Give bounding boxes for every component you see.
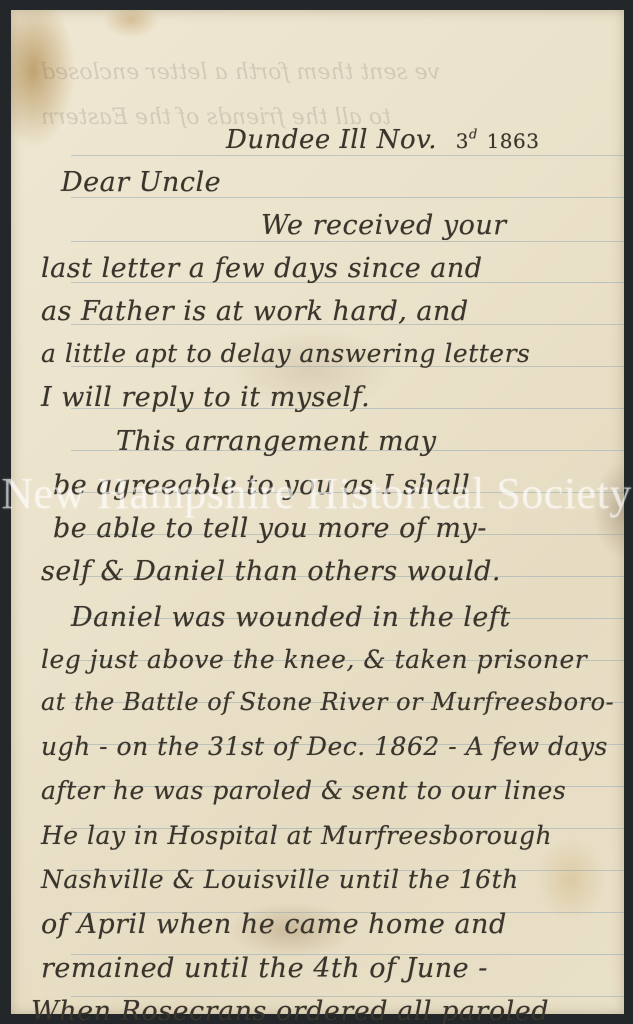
letter-line: Nashville & Louisville until the 16th	[41, 865, 519, 894]
letter-line: as Father is at work hard, and	[41, 296, 469, 327]
dateline-year: 1863	[487, 129, 540, 153]
dateline: Dundee Ill Nov. 3d 1863	[226, 125, 539, 155]
ruled-line	[71, 155, 624, 156]
dateline-month: Nov.	[377, 125, 437, 155]
letter-line: When Rosecrans ordered all paroled	[31, 996, 549, 1024]
salutation: Dear Uncle	[61, 167, 221, 198]
letter-line: He lay in Hospital at Murfreesborough	[41, 821, 552, 850]
letter-line: after he was paroled & sent to our lines	[41, 776, 566, 805]
dateline-day: 3	[456, 129, 469, 153]
letter-line: ugh - on the 31st of Dec. 1862 - A few d…	[41, 732, 608, 761]
bleed-through-text: ve sent them forth a letter enclosed	[41, 60, 440, 85]
letter-line: We received your	[261, 210, 507, 241]
letter-line: leg just above the knee, & taken prisone…	[41, 645, 587, 674]
letter-line: This arrangement may	[116, 426, 437, 457]
letter-line: remained until the 4th of June -	[41, 953, 488, 984]
letter-line: Daniel was wounded in the left	[71, 602, 511, 633]
dateline-place: Dundee Ill	[226, 125, 368, 155]
letter-line: of April when he came home and	[41, 909, 507, 940]
dateline-day-suffix: d	[469, 127, 478, 142]
letter-line: self & Daniel than others would.	[41, 556, 501, 587]
letter-line: last letter a few days since and	[41, 253, 483, 284]
ruled-line	[71, 241, 624, 242]
letter-line: a little apt to delay answering letters	[41, 339, 530, 368]
letter-line: I will reply to it myself.	[41, 382, 370, 413]
letter-line: at the Battle of Stone River or Murfrees…	[41, 688, 614, 716]
watermark: New Hampshire Historical Society	[0, 468, 633, 519]
